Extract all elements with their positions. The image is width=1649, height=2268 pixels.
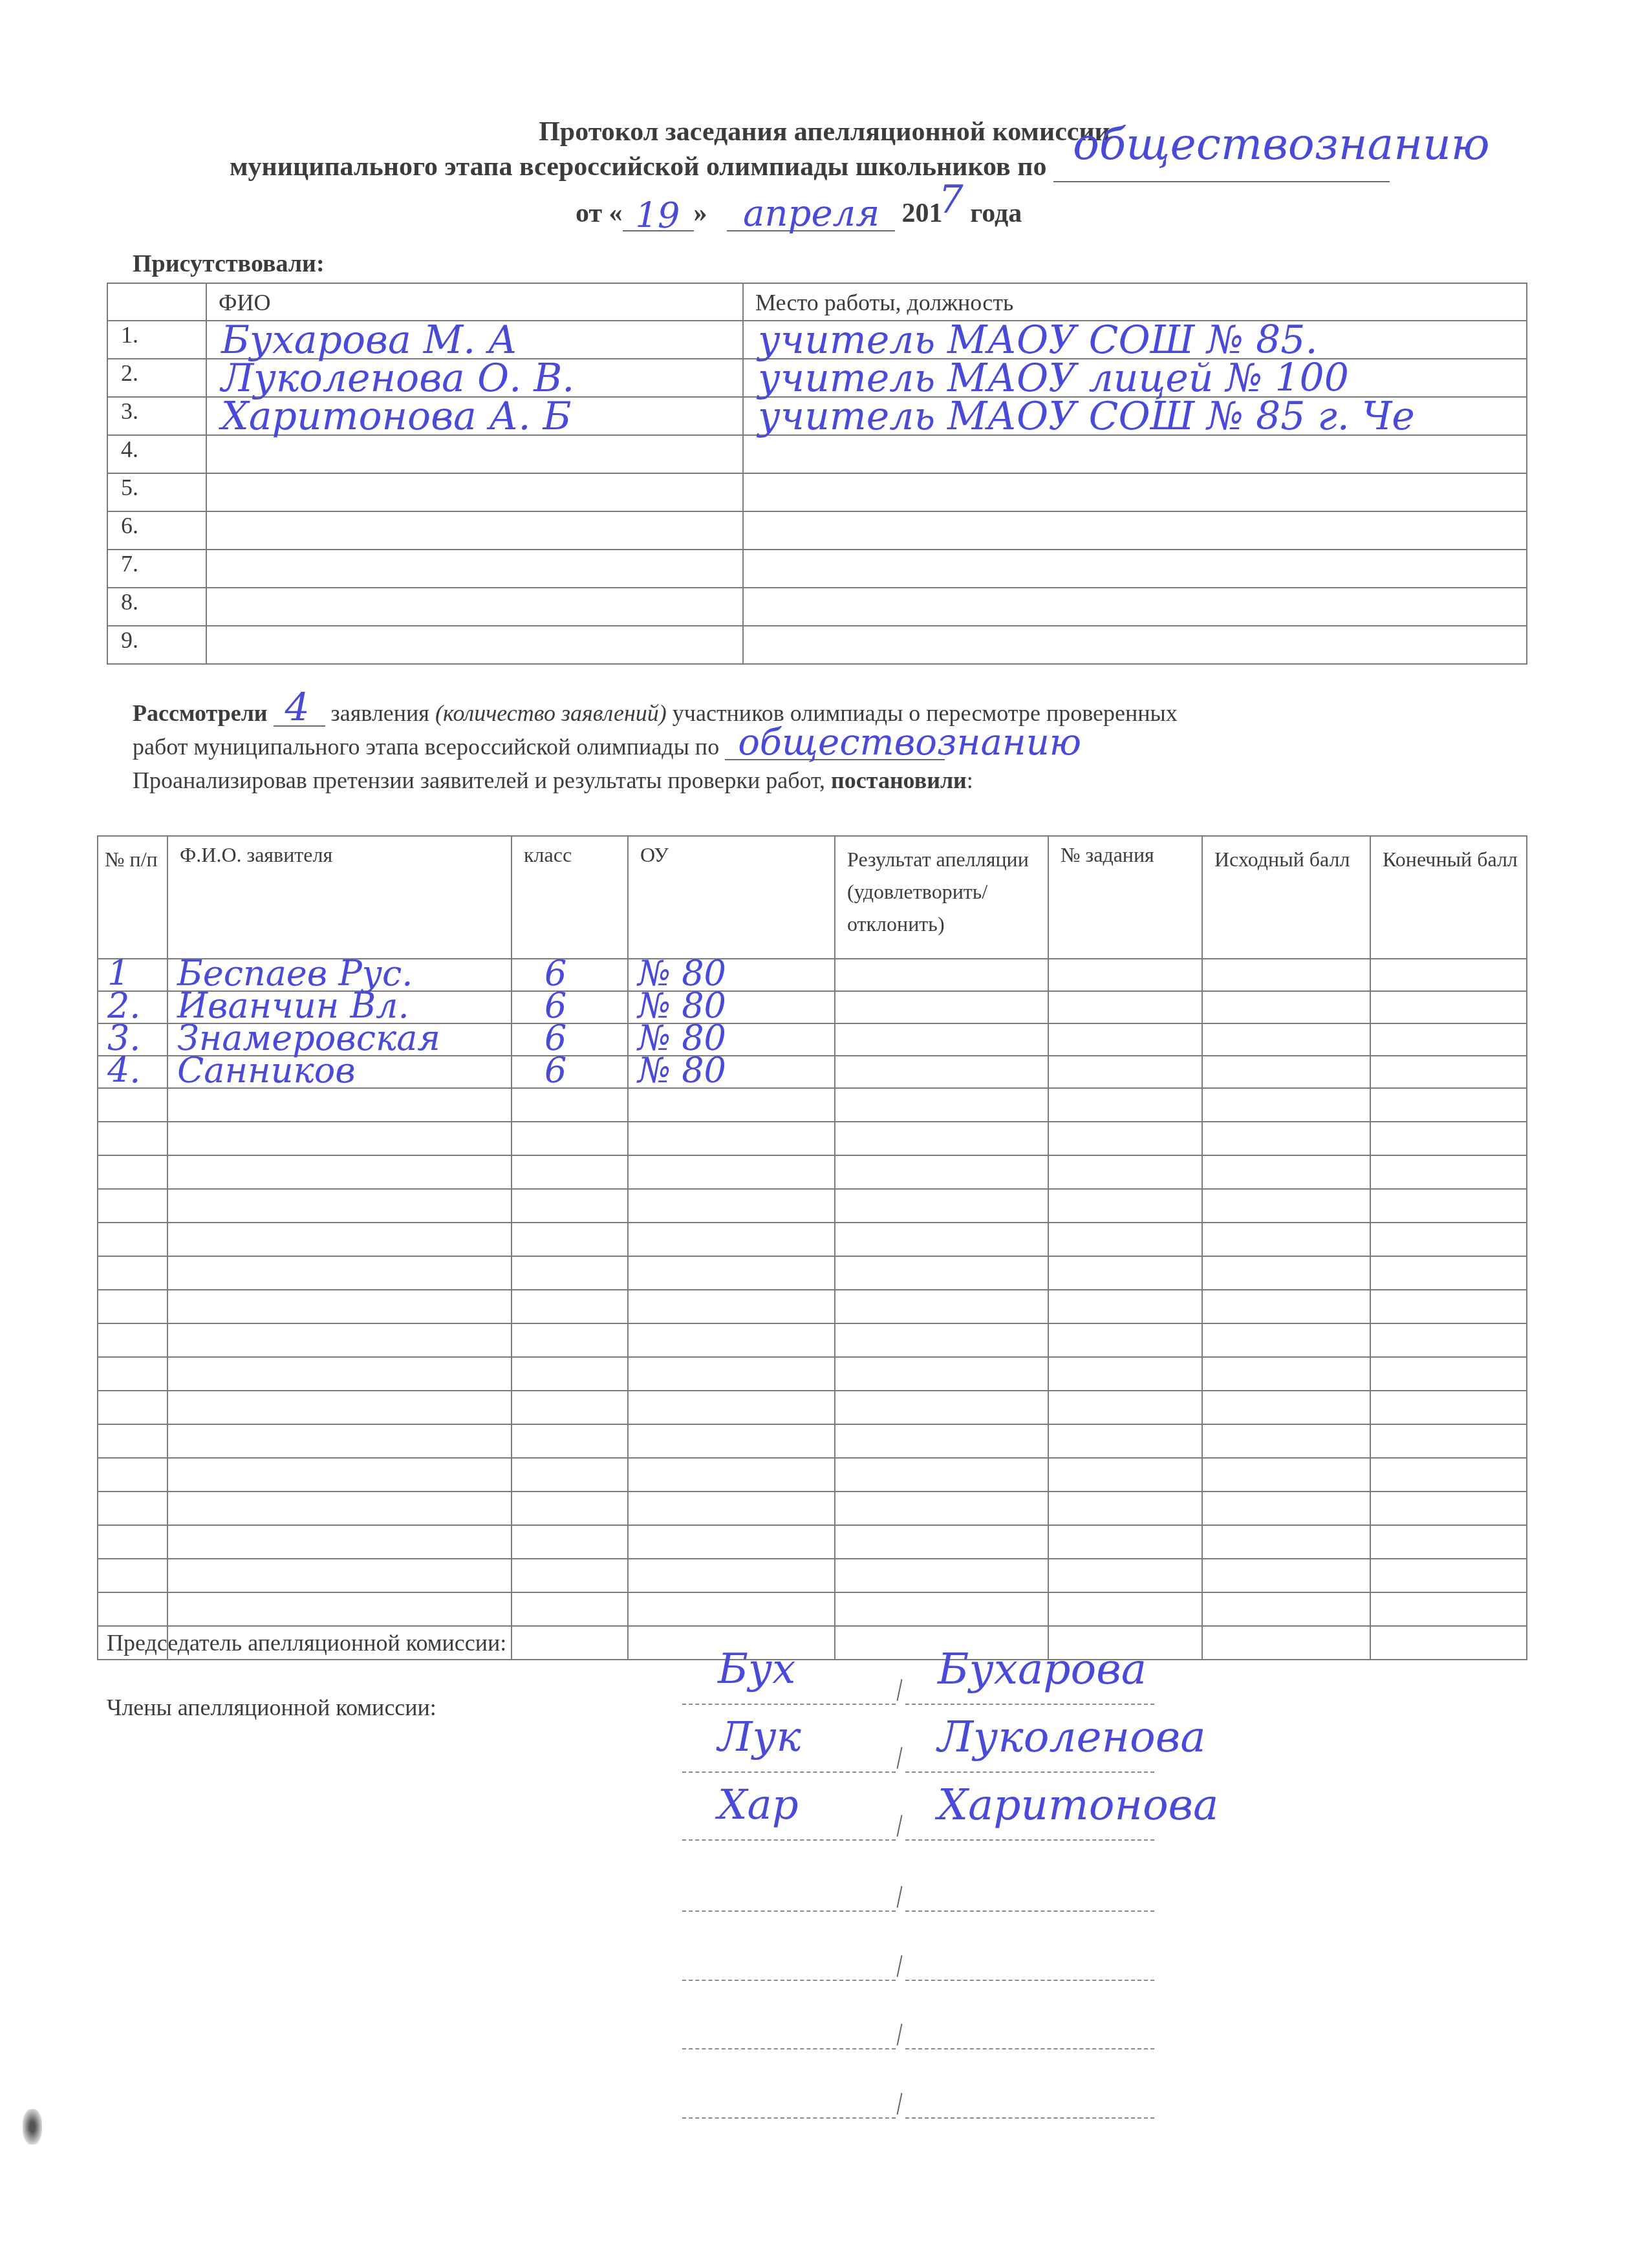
appeal-row — [98, 1122, 1527, 1155]
attendee-row: 5. — [107, 473, 1527, 511]
appeal-result-cell[interactable] — [835, 1357, 1048, 1391]
signature-separator — [896, 1815, 902, 1837]
name-line[interactable] — [905, 2048, 1154, 2049]
appeal-initial-cell[interactable] — [1202, 1559, 1370, 1592]
appeal-grade-cell[interactable]: 6 — [512, 1023, 628, 1056]
appeal-result-cell[interactable] — [835, 1122, 1048, 1155]
appeal-name-cell[interactable] — [167, 1323, 512, 1357]
appeal-grade-cell[interactable] — [512, 1458, 628, 1492]
attendees-label-text: Присутствовали — [133, 250, 316, 277]
appeal-initial-cell[interactable] — [1202, 959, 1370, 991]
appeal-row — [98, 1592, 1527, 1626]
review-line3-prefix: Проанализировав претензии заявителей и р… — [133, 767, 825, 793]
appeal-initial-cell[interactable] — [1202, 1088, 1370, 1122]
appeal-school-cell[interactable]: № 80 — [628, 1056, 835, 1088]
appeal-name-cell[interactable] — [167, 1122, 512, 1155]
attendee-workplace: учитель МАОУ СОШ № 85 г. Че — [758, 394, 1415, 439]
appeal-final-cell[interactable] — [1370, 1357, 1527, 1391]
appeal-name-cell[interactable] — [167, 1223, 512, 1256]
appeal-num-cell[interactable] — [98, 1122, 167, 1155]
appeal-final-cell[interactable] — [1370, 1626, 1527, 1660]
review-text-after-count: заявления — [331, 700, 429, 726]
appeal-task-cell[interactable] — [1048, 991, 1202, 1023]
attendees-label-colon: : — [316, 250, 325, 277]
appeal-result-cell[interactable] — [835, 991, 1048, 1023]
appeal-school-cell[interactable] — [628, 1155, 835, 1189]
appeal-final-cell[interactable] — [1370, 1525, 1527, 1559]
appeal-initial-cell[interactable] — [1202, 1056, 1370, 1088]
appeal-task-cell[interactable] — [1048, 1155, 1202, 1189]
appeal-result-cell[interactable] — [835, 1492, 1048, 1525]
signature-separator — [896, 1679, 902, 1701]
appeal-grade-cell[interactable] — [512, 1088, 628, 1122]
appeal-grade-cell[interactable]: 6 — [512, 1056, 628, 1088]
appeal-grade-cell[interactable] — [512, 1592, 628, 1626]
date-day-field[interactable]: 19 — [623, 207, 694, 231]
name-line[interactable] — [905, 2117, 1154, 2119]
appeal-final-cell[interactable] — [1370, 1023, 1527, 1056]
signature-separator — [896, 1747, 902, 1769]
appeal-final-cell[interactable] — [1370, 1559, 1527, 1592]
review-line3-bold: постановили — [831, 767, 967, 793]
appeal-task-cell[interactable] — [1048, 959, 1202, 991]
attendee-name-cell[interactable] — [206, 588, 743, 626]
appeal-row — [98, 1525, 1527, 1559]
appeal-grade-cell[interactable] — [512, 1391, 628, 1424]
signature-line[interactable] — [682, 2117, 896, 2119]
appeal-grade-cell[interactable] — [512, 1559, 628, 1592]
appeal-result-cell[interactable] — [835, 1559, 1048, 1592]
date-day-handwritten: 19 — [636, 195, 680, 236]
appeal-initial-cell[interactable] — [1202, 1155, 1370, 1189]
appeal-school-cell[interactable] — [628, 1458, 835, 1492]
appeal-grade-cell[interactable] — [512, 1155, 628, 1189]
attendee-row: 9. — [107, 626, 1527, 664]
appeal-initial-cell[interactable] — [1202, 1592, 1370, 1626]
appeal-name-cell[interactable] — [167, 1592, 512, 1626]
appeal-result-cell[interactable] — [835, 1424, 1048, 1458]
appeals-header-num: № п/п — [98, 836, 167, 959]
appeal-result-cell[interactable] — [835, 1023, 1048, 1056]
appeal-school-cell[interactable] — [628, 1323, 835, 1357]
signature-separator — [896, 1955, 902, 1977]
date-month-handwritten: апреля — [743, 193, 879, 235]
appeal-school-cell[interactable] — [628, 1256, 835, 1290]
appeal-initial-cell[interactable] — [1202, 1424, 1370, 1458]
signature-line[interactable] — [682, 1839, 896, 1841]
members-label: Члены апелляционной комиссии: — [107, 1694, 436, 1721]
appeal-num-cell[interactable] — [98, 1592, 167, 1626]
attendee-name-cell[interactable] — [206, 473, 743, 511]
appeal-num-cell[interactable]: 4. — [98, 1056, 167, 1088]
attendee-num: 2. — [107, 359, 206, 397]
appeal-task-cell[interactable] — [1048, 1122, 1202, 1155]
attendee-num: 6. — [107, 511, 206, 550]
appeal-task-cell[interactable] — [1048, 1424, 1202, 1458]
name-line[interactable] — [905, 1704, 1154, 1705]
attendees-header-num — [107, 283, 206, 321]
appeal-final-cell[interactable] — [1370, 1290, 1527, 1323]
attendees-header-name: ФИО — [206, 283, 743, 321]
appeal-name-cell[interactable] — [167, 1189, 512, 1223]
appeal-final-cell[interactable] — [1370, 1122, 1527, 1155]
appeal-num-cell[interactable] — [98, 1391, 167, 1424]
appeal-num-cell[interactable] — [98, 1256, 167, 1290]
appeal-result-cell[interactable] — [835, 1189, 1048, 1223]
appeal-task-cell[interactable] — [1048, 1391, 1202, 1424]
signature-line[interactable] — [682, 1704, 896, 1705]
appeal-school-cell[interactable] — [628, 1290, 835, 1323]
attendee-name-cell[interactable]: Харитонова А. Б — [206, 397, 743, 435]
appeal-name-cell[interactable] — [167, 1525, 512, 1559]
appeal-grade-cell[interactable] — [512, 1492, 628, 1525]
appeal-name-cell[interactable] — [167, 1391, 512, 1424]
appeal-initial-cell[interactable] — [1202, 1391, 1370, 1424]
appeal-task-cell[interactable] — [1048, 1525, 1202, 1559]
appeal-final-cell[interactable] — [1370, 1088, 1527, 1122]
appeal-result-cell[interactable] — [835, 1391, 1048, 1424]
signature-mark: Бух — [718, 1645, 795, 1693]
date-line: от «19» апреля 2017 года — [576, 186, 1022, 231]
appeal-result-cell[interactable] — [835, 1256, 1048, 1290]
appeal-row — [98, 1155, 1527, 1189]
review-subject-field[interactable]: обществознанию — [725, 738, 945, 760]
attendees-table: ФИО Место работы, должность 1.Бухарова М… — [107, 283, 1527, 665]
attendee-workplace-cell[interactable] — [743, 588, 1527, 626]
appeal-final-cell[interactable] — [1370, 959, 1527, 991]
appeal-result-cell[interactable] — [835, 1458, 1048, 1492]
appeal-result-cell[interactable] — [835, 1592, 1048, 1626]
attendee-row: 4. — [107, 435, 1527, 473]
appeal-grade-cell[interactable]: 6 — [512, 959, 628, 991]
signature-line[interactable] — [682, 2048, 896, 2049]
appeal-row — [98, 1256, 1527, 1290]
chair-label: Председатель апелляционной комиссии: — [107, 1629, 506, 1656]
appeal-task-cell[interactable] — [1048, 1088, 1202, 1122]
appeals-header-final: Конечный балл — [1370, 836, 1527, 959]
appeal-final-cell[interactable] — [1370, 1223, 1527, 1256]
appeal-final-cell[interactable] — [1370, 1189, 1527, 1223]
signature-line[interactable] — [682, 1771, 896, 1773]
attendee-name-cell[interactable]: Луколенова О. В. — [206, 359, 743, 397]
signature-separator — [896, 2024, 902, 2046]
attendee-name-cell[interactable] — [206, 435, 743, 473]
appeal-final-cell[interactable] — [1370, 991, 1527, 1023]
appeal-name-cell[interactable] — [167, 1492, 512, 1525]
appeal-initial-cell[interactable] — [1202, 1223, 1370, 1256]
attendee-num: 4. — [107, 435, 206, 473]
appeal-num-cell[interactable] — [98, 1458, 167, 1492]
appeal-task-cell[interactable] — [1048, 1189, 1202, 1223]
appeal-task-cell[interactable] — [1048, 1492, 1202, 1525]
attendee-workplace-cell[interactable] — [743, 550, 1527, 588]
appeal-final-cell[interactable] — [1370, 1458, 1527, 1492]
appeal-name-cell[interactable] — [167, 1290, 512, 1323]
date-year-handwritten: 7 — [939, 177, 964, 222]
review-count-field[interactable]: 4 — [274, 705, 325, 727]
review-count-handwritten: 4 — [285, 685, 310, 731]
name-line[interactable] — [905, 1839, 1154, 1841]
appeal-task-cell[interactable] — [1048, 1323, 1202, 1357]
appeal-grade-cell[interactable]: 6 — [512, 991, 628, 1023]
appeal-name-cell[interactable] — [167, 1424, 512, 1458]
attendee-workplace-cell[interactable] — [743, 626, 1527, 664]
attendee-name-cell[interactable]: Бухарова М. А — [206, 321, 743, 359]
attendee-workplace-cell[interactable] — [743, 473, 1527, 511]
attendees-label: Присутствовали: — [133, 250, 325, 278]
appeal-school-cell[interactable] — [628, 1559, 835, 1592]
attendee-num: 3. — [107, 397, 206, 435]
appeal-grade-cell[interactable] — [512, 1525, 628, 1559]
signatory-name: Харитонова — [938, 1780, 1218, 1830]
appeal-initial-cell[interactable] — [1202, 991, 1370, 1023]
appeal-name: Санников — [177, 1050, 356, 1091]
appeal-num-cell[interactable] — [98, 1323, 167, 1357]
appeal-row — [98, 1424, 1527, 1458]
attendee-name-cell[interactable] — [206, 511, 743, 550]
appeal-row — [98, 1492, 1527, 1525]
appeal-result-cell[interactable] — [835, 1223, 1048, 1256]
appeal-result-cell[interactable] — [835, 959, 1048, 991]
attendee-workplace-cell[interactable] — [743, 511, 1527, 550]
appeals-header-task: № задания — [1048, 836, 1202, 959]
review-line-2: работ муниципального этапа всероссийской… — [133, 733, 945, 760]
date-year-printed: 201 — [902, 198, 943, 228]
name-line[interactable] — [905, 1771, 1154, 1773]
appeal-initial-cell[interactable] — [1202, 1492, 1370, 1525]
appeal-row — [98, 1323, 1527, 1357]
appeal-name-cell[interactable]: Санников — [167, 1056, 512, 1088]
date-prefix: от « — [576, 198, 623, 228]
appeal-grade-cell[interactable] — [512, 1256, 628, 1290]
appeal-grade: 6 — [544, 1050, 566, 1091]
appeal-row — [98, 1290, 1527, 1323]
review-prefix: Рассмотрели — [133, 700, 268, 726]
scan-smudge — [23, 2109, 42, 2145]
appeal-final-cell[interactable] — [1370, 1056, 1527, 1088]
appeal-row — [98, 1391, 1527, 1424]
attendee-num: 9. — [107, 626, 206, 664]
appeal-num-cell[interactable] — [98, 1290, 167, 1323]
appeal-num-cell[interactable] — [98, 1088, 167, 1122]
appeal-result-cell[interactable] — [835, 1525, 1048, 1559]
attendee-num: 1. — [107, 321, 206, 359]
appeal-initial-cell[interactable] — [1202, 1189, 1370, 1223]
appeal-num-cell[interactable] — [98, 1525, 167, 1559]
attendee-row: 8. — [107, 588, 1527, 626]
attendee-row: 2.Луколенова О. В.учитель МАОУ лицей № 1… — [107, 359, 1527, 397]
appeal-grade-cell[interactable] — [512, 1223, 628, 1256]
appeal-school-cell[interactable] — [628, 1122, 835, 1155]
appeal-grade-cell[interactable] — [512, 1122, 628, 1155]
appeal-task-cell[interactable] — [1048, 1357, 1202, 1391]
name-line[interactable] — [905, 1980, 1154, 1981]
appeal-grade-cell[interactable] — [512, 1290, 628, 1323]
attendee-workplace-cell[interactable]: учитель МАОУ лицей № 100 — [743, 359, 1527, 397]
appeal-final-cell[interactable] — [1370, 1391, 1527, 1424]
appeal-name-cell[interactable] — [167, 1357, 512, 1391]
review-line3-colon: : — [967, 767, 973, 793]
signature-separator — [896, 2093, 902, 2115]
appeal-task-cell[interactable] — [1048, 1056, 1202, 1088]
appeals-header-initial: Исходный балл — [1202, 836, 1370, 959]
appeal-name-cell[interactable] — [167, 1155, 512, 1189]
appeal-initial-cell[interactable] — [1202, 1122, 1370, 1155]
appeal-initial-cell[interactable] — [1202, 1023, 1370, 1056]
appeal-row — [98, 1088, 1527, 1122]
appeal-grade-cell[interactable] — [512, 1424, 628, 1458]
appeal-initial-cell[interactable] — [1202, 1290, 1370, 1323]
signature-mark: Хар — [718, 1781, 799, 1829]
appeal-task-cell[interactable] — [1048, 1458, 1202, 1492]
signature-mark: Лук — [718, 1713, 801, 1761]
appeal-final-cell[interactable] — [1370, 1323, 1527, 1357]
appeal-school: № 80 — [638, 1050, 726, 1091]
review-subject-handwritten: обществознанию — [738, 722, 1081, 764]
appeal-result-cell[interactable] — [835, 1323, 1048, 1357]
appeal-task-cell[interactable] — [1048, 1223, 1202, 1256]
review-line-3: Проанализировав претензии заявителей и р… — [133, 767, 973, 794]
appeal-num-cell[interactable] — [98, 1223, 167, 1256]
appeal-row — [98, 1559, 1527, 1592]
appeals-header-name: Ф.И.О. заявителя — [167, 836, 512, 959]
review-line2-prefix: работ муниципального этапа всероссийской… — [133, 734, 719, 760]
attendee-name-cell[interactable] — [206, 626, 743, 664]
appeals-header-school: ОУ — [628, 836, 835, 959]
appeal-num: 4. — [107, 1050, 141, 1091]
appeal-task-cell[interactable] — [1048, 1290, 1202, 1323]
appeal-name-cell[interactable] — [167, 1256, 512, 1290]
attendee-row: 1.Бухарова М. Аучитель МАОУ СОШ № 85. — [107, 321, 1527, 359]
attendees-header-row: ФИО Место работы, должность — [107, 283, 1527, 321]
appeal-school-cell[interactable] — [628, 1424, 835, 1458]
name-line[interactable] — [905, 1910, 1154, 1912]
appeal-school-cell[interactable] — [628, 1391, 835, 1424]
appeal-final-cell[interactable] — [1370, 1492, 1527, 1525]
appeal-row: 4.Санников6№ 80 — [98, 1056, 1527, 1088]
attendee-num: 7. — [107, 550, 206, 588]
appeals-header-row: № п/п Ф.И.О. заявителя класс ОУ Результа… — [98, 836, 1527, 959]
appeal-num-cell[interactable] — [98, 1424, 167, 1458]
appeal-name-cell[interactable] — [167, 1559, 512, 1592]
review-text-italic: (количество заявлений) — [435, 700, 667, 726]
appeal-result-cell[interactable] — [835, 1290, 1048, 1323]
attendee-row: 7. — [107, 550, 1527, 588]
appeal-task-cell[interactable] — [1048, 1256, 1202, 1290]
appeal-result-cell[interactable] — [835, 1088, 1048, 1122]
attendees-header-workplace: Место работы, должность — [743, 283, 1527, 321]
attendee-workplace-cell[interactable]: учитель МАОУ СОШ № 85. — [743, 321, 1527, 359]
appeal-num-cell[interactable] — [98, 1357, 167, 1391]
appeals-header-result: Результат апелляции (удовлетворить/ откл… — [835, 836, 1048, 959]
appeal-final-cell[interactable] — [1370, 1592, 1527, 1626]
appeal-initial-cell[interactable] — [1202, 1357, 1370, 1391]
appeal-initial-cell[interactable] — [1202, 1626, 1370, 1660]
appeal-initial-cell[interactable] — [1202, 1256, 1370, 1290]
appeals-table: № п/п Ф.И.О. заявителя класс ОУ Результа… — [97, 835, 1527, 1660]
title-subject-line: муниципального этапа всероссийской олимп… — [230, 151, 1390, 182]
signatory-name: Луколенова — [938, 1712, 1206, 1762]
signatory-name: Бухарова — [938, 1644, 1147, 1694]
appeal-row — [98, 1357, 1527, 1391]
subject-handwritten: обществознанию — [1073, 119, 1490, 170]
appeal-num-cell[interactable] — [98, 1189, 167, 1223]
title-line2-prefix: муниципального этапа всероссийской олимп… — [230, 152, 1046, 182]
date-suffix: года — [970, 198, 1022, 228]
appeal-row — [98, 1458, 1527, 1492]
attendee-workplace-cell[interactable]: учитель МАОУ СОШ № 85 г. Че — [743, 397, 1527, 435]
attendee-row: 3.Харитонова А. Бучитель МАОУ СОШ № 85 г… — [107, 397, 1527, 435]
appeal-school-cell[interactable] — [628, 1592, 835, 1626]
appeal-name-cell[interactable] — [167, 1458, 512, 1492]
appeal-row — [98, 1223, 1527, 1256]
appeal-num-cell[interactable] — [98, 1492, 167, 1525]
appeal-initial-cell[interactable] — [1202, 1323, 1370, 1357]
appeal-grade-cell[interactable] — [512, 1357, 628, 1391]
appeal-grade-cell[interactable] — [512, 1323, 628, 1357]
appeal-school-cell[interactable] — [628, 1189, 835, 1223]
appeal-task-cell[interactable] — [1048, 1023, 1202, 1056]
appeal-final-cell[interactable] — [1370, 1256, 1527, 1290]
appeal-school-cell[interactable] — [628, 1088, 835, 1122]
attendee-name-cell[interactable] — [206, 550, 743, 588]
appeal-task-cell[interactable] — [1048, 1559, 1202, 1592]
date-mid: » — [694, 198, 707, 228]
attendee-num: 5. — [107, 473, 206, 511]
appeal-num-cell[interactable] — [98, 1559, 167, 1592]
attendee-num: 8. — [107, 588, 206, 626]
subject-field[interactable]: обществознанию — [1053, 155, 1390, 182]
appeal-result-cell[interactable] — [835, 1155, 1048, 1189]
attendee-row: 6. — [107, 511, 1527, 550]
appeal-initial-cell[interactable] — [1202, 1458, 1370, 1492]
appeal-grade-cell[interactable] — [512, 1626, 628, 1660]
appeal-school-cell[interactable] — [628, 1357, 835, 1391]
date-month-field[interactable]: апреля — [727, 207, 895, 231]
signature-separator — [896, 1886, 902, 1908]
appeal-grade-cell[interactable] — [512, 1189, 628, 1223]
appeal-final-cell[interactable] — [1370, 1424, 1527, 1458]
appeal-task-cell[interactable] — [1048, 1592, 1202, 1626]
appeal-school-cell[interactable] — [628, 1492, 835, 1525]
signature-line[interactable] — [682, 1910, 896, 1912]
attendee-name: Харитонова А. Б — [221, 394, 572, 439]
appeal-initial-cell[interactable] — [1202, 1525, 1370, 1559]
appeal-result-cell[interactable] — [835, 1056, 1048, 1088]
appeal-final-cell[interactable] — [1370, 1155, 1527, 1189]
appeal-name-cell[interactable] — [167, 1088, 512, 1122]
attendee-workplace-cell[interactable] — [743, 435, 1527, 473]
appeal-num-cell[interactable] — [98, 1155, 167, 1189]
appeal-school-cell[interactable] — [628, 1525, 835, 1559]
appeals-header-grade: класс — [512, 836, 628, 959]
appeal-school-cell[interactable] — [628, 1223, 835, 1256]
appeal-row — [98, 1189, 1527, 1223]
signature-line[interactable] — [682, 1980, 896, 1981]
